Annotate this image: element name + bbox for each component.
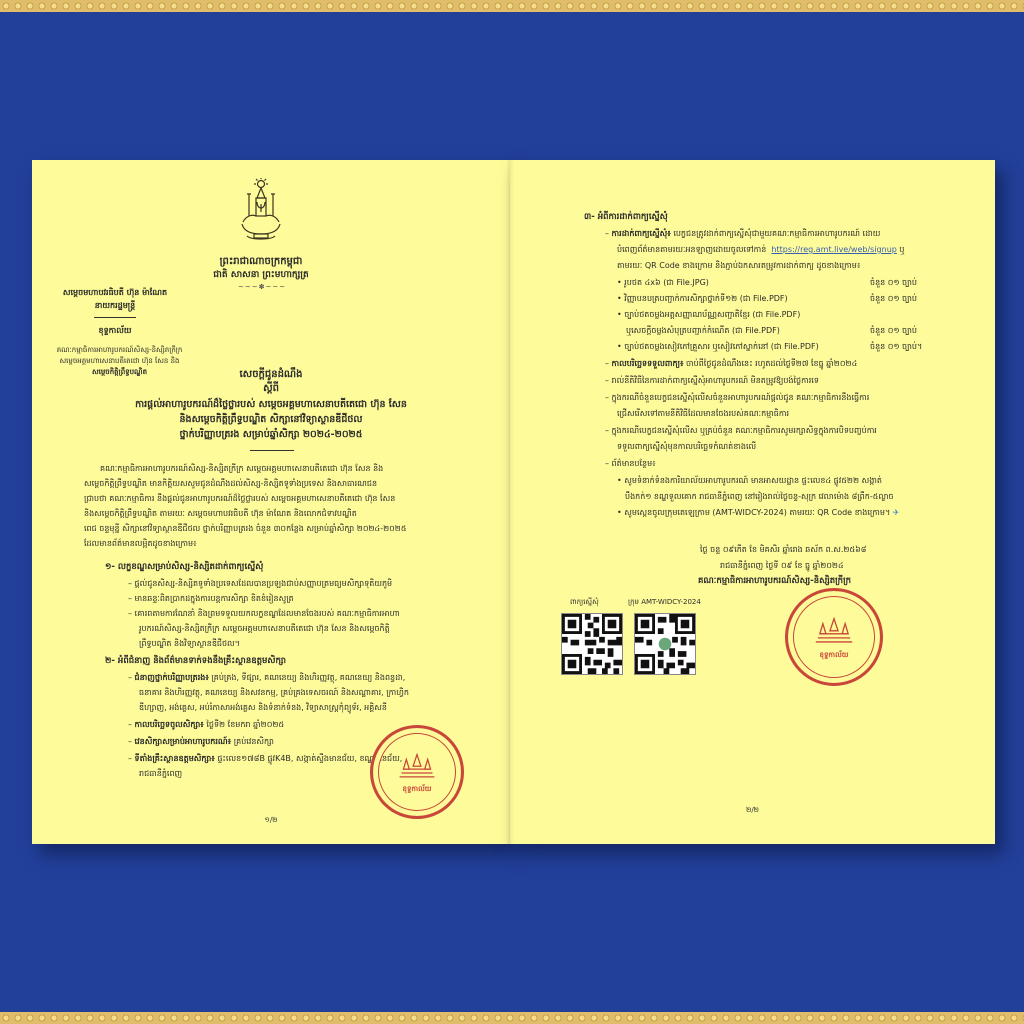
decorative-border-top — [0, 0, 1024, 12]
notice-heading-line-1: ការផ្តល់អាហារូបករណ៍ដ៏ថ្លៃថ្លារបស់ សម្តេច… — [32, 398, 510, 411]
section-1-item: គោរពតាមការណែនាំ និងព្រមទទួលយកលក្ខខណ្ឌដែល… — [135, 609, 400, 618]
decorative-border-bottom — [0, 1012, 1024, 1024]
location-value-cont: រាជធានីភ្នំពេញ — [139, 767, 182, 780]
intro-line: ដែលមានព័ត៌មានលម្អិតដូចខាងក្រោម៖ — [84, 537, 197, 550]
section-1-item: មានឆន្ទៈពិតប្រាកដក្នុងការបន្តការសិក្សា ខ… — [135, 594, 294, 603]
start-date-label: កាលបរិច្ឆេទចូលសិក្សា៖ — [135, 720, 204, 729]
note: ក្នុងករណីបេក្ខជនស្នើសុំលើស ឬគ្រប់ចំនួន គ… — [612, 426, 877, 435]
page-fold — [506, 160, 514, 844]
required-document: វិញ្ញាបនបត្របញ្ជាក់ការសិក្សាថ្នាក់ទី១២ (… — [624, 294, 787, 303]
signup-link[interactable]: https://reg.amt.live/web/signup — [771, 245, 896, 254]
motto-ornament: ~~~✽~~~ — [238, 283, 286, 291]
intro-line: ជ្រាបថា គណៈកម្មាធិការ នឹងផ្តល់ជូនអាហារូប… — [84, 492, 395, 505]
majors-label: ជំនាញថ្នាក់បរិញ្ញាបត្ររង៖ — [135, 673, 209, 682]
royal-emblem-icon — [239, 178, 283, 248]
extra-info-label: ព័ត៌មានបន្ថែម៖ — [612, 459, 656, 468]
required-document-qty: ចំនួន ០១ ច្បាប់។ — [870, 340, 922, 353]
extra-info: សូមទំនាក់ទំនងការិយាល័យអាហារូបករណ៍ មានអាស… — [624, 476, 882, 485]
page-number: ២/២ — [510, 804, 995, 817]
apply-text: បេក្ខជនត្រូវដាក់ពាក្យស្នើសុំជាមួយគណៈកម្ម… — [673, 229, 880, 238]
notice-title: សេចក្តីជូនដំណឹង — [32, 368, 510, 381]
majors-value-cont: ធនាគារ និងហិរញ្ញវត្ថុ, គណនេយ្យ និងសវនកម្… — [139, 686, 409, 699]
qr-label-telegram: ក្រុម AMT-WIDCY-2024 — [628, 596, 701, 609]
extra-info-cont: បឹងកក់១ ខណ្ឌទួលគោក រាជធានីភ្នំពេញ នៅរៀងរ… — [625, 490, 894, 503]
deadline-value: ចាប់ពីថ្ងៃជូនដំណឹងនេះ រហូតដល់ថ្ងៃទី២៧ ខែ… — [686, 359, 857, 368]
required-document: ច្បាប់ថតចម្លងសៀវភៅគ្រួសារ ឬសៀវភៅស្នាក់នៅ… — [624, 342, 818, 351]
national-motto: ជាតិ សាសនា ព្រះមហាក្សត្រ — [200, 269, 322, 282]
section-1-item-cont: ព្រឹទ្ធបណ្ឌិត និងវិទ្យាស្ថានឌីជីថល។ — [139, 637, 240, 650]
required-document: រូបថត ៤x៦ (ជា File.JPG) — [624, 278, 709, 287]
required-document-qty: ចំនួន ០១ ច្បាប់ — [870, 276, 917, 289]
apply-text: តាមរយៈ QR Code ខាងក្រោម និងភ្ជាប់ឯកសារតម… — [617, 259, 860, 272]
page-number: ១/២ — [32, 814, 510, 827]
location-label: ទីតាំងគ្រឹះស្ថានឧត្តមសិក្សា៖ — [135, 754, 215, 763]
kingdom-heading: ព្រះរាជាណាចក្រកម្ពុជា — [200, 255, 322, 268]
sender-office: ខុទ្ទកាល័យ — [40, 324, 190, 337]
qr-label-application: ពាក្យស្នើសុំ — [570, 596, 599, 609]
intro-line: សម្តេចកិត្តិព្រឹទ្ធបណ្ឌិត មានកិត្តិយសសូម… — [84, 477, 377, 490]
coverage-label: វេនសិក្សាសម្រាប់អាហារូបករណ៍៖ — [135, 737, 232, 746]
stamp-text: ខុទ្ទកាល័យ — [373, 785, 461, 795]
apply-text-or: ឬ — [899, 245, 904, 254]
required-document-qty: ចំនួន ០១ ច្បាប់ — [870, 324, 917, 337]
date-solar: រាជធានីភ្នំពេញ ថ្ងៃទី ០៩ ខែ ធ្នូ ឆ្នាំ២០… — [720, 559, 844, 572]
official-stamp: ខុទ្ទកាល័យ — [785, 588, 883, 686]
signature-committee: គណៈកម្មាធិការអាហារូបករណ៍សិស្ស-និស្សិតក្រ… — [698, 575, 851, 588]
required-document-alt: ឬសេចក្តីចម្លងសំបុត្របញ្ជាក់កំណើត (ជា Fil… — [626, 324, 780, 337]
deadline-label: កាលបរិច្ឆេទទទួលពាក្យ៖ — [612, 359, 684, 368]
required-document: ច្បាប់ថតចម្លងអត្តសញ្ញាណប័ណ្ណសញ្ជាតិខ្មែរ… — [624, 310, 800, 319]
angkor-temple-icon — [814, 617, 854, 645]
telegram-icon: ✈ — [893, 508, 900, 517]
majors-value: គ្រប់គ្រង, ទីផ្សារ, គណនេយ្យ និងហិរញ្ញវត្… — [211, 673, 405, 682]
notice-heading-line-3: ថ្នាក់បរិញ្ញាបត្ររង សម្រាប់ឆ្នាំសិក្សា ២… — [32, 428, 510, 441]
sender-title: នាយករដ្ឋមន្ត្រី — [40, 299, 190, 312]
section-1-item: ផ្តល់ជូនសិស្ស-និស្សិតទូទាំងប្រទេសដែលបានប… — [135, 579, 393, 588]
section-1-item-cont: រូបករណ៍សិស្ស-និស្សិតក្រីក្រ សម្តេចអគ្គមហ… — [139, 622, 390, 635]
official-stamp: ខុទ្ទកាល័យ — [370, 725, 464, 819]
sender-name: សម្តេចមហាបវរធិបតី ហ៊ុន ម៉ាណែត — [40, 286, 190, 299]
apply-text: បំពេញព័ត៌មានតាមរយៈអនឡាញដោយចូលទៅកាន់ — [617, 245, 766, 254]
angkor-temple-icon — [398, 753, 437, 779]
notice-heading-line-2: និងសម្តេចកិត្តិព្រឹទ្ធបណ្ឌិត សិក្សានៅវិទ… — [32, 413, 510, 426]
intro-line: ពេជ ចន្ទមុន្នី សិក្សានៅវិទ្យាស្ថានឌីជីថល… — [84, 522, 407, 535]
intro-line: គណៈកម្មាធិការអាហារូបករណ៍សិស្ស-និស្សិតក្រ… — [100, 462, 383, 475]
divider — [250, 450, 294, 451]
start-date-value: ថ្ងៃទី២ ខែមករា ឆ្នាំ២០២៥ — [206, 720, 284, 729]
note-cont: ទទួលពាក្យស្នើសុំមុនកាលបរិច្ឆេទកំណត់ខាងលើ — [617, 440, 756, 453]
divider — [94, 317, 136, 318]
note: រាល់នីតិវិធីនៃការដាក់ពាក្យស្នើសុំអាហារូប… — [612, 376, 819, 385]
section-2-title: ២- អំពីជំនាញ និងព័ត៌មានទាក់ទងនឹងគ្រឹះស្ថ… — [105, 655, 286, 668]
stamp-text: ខុទ្ទកាល័យ — [788, 651, 880, 661]
extra-info: សូមស្កេនចូលក្រុមតេឡេក្រាម (AMT-WIDCY-202… — [624, 508, 890, 517]
note: ក្នុងករណីចំនួនបេក្ខជនស្នើសុំលើសចំនួនអាហា… — [612, 393, 870, 402]
required-document-qty: ចំនួន ០១ ច្បាប់ — [870, 292, 917, 305]
section-3-title: ៣- អំពីការដាក់ពាក្យស្នើសុំ — [584, 211, 668, 224]
intro-line: និងសម្តេចកិត្តិព្រឹទ្ធបណ្ឌិត តាមរយៈ សម្ត… — [84, 507, 357, 520]
date-lunar: ថ្ងៃ ចន្ទ ០៩កើត ខែ មិគសិរ ឆ្នាំរោង ឆស័ក … — [700, 543, 866, 556]
qr-code-telegram-group-icon[interactable] — [634, 613, 696, 675]
coverage-value: គ្រប់វេនសិក្សា — [234, 737, 274, 746]
qr-code-application-icon[interactable] — [561, 613, 623, 675]
notice-about: ស្តីពី — [32, 382, 510, 395]
apply-label: ការដាក់ពាក្យស្នើសុំ៖ — [612, 229, 671, 238]
section-1-title: ១- លក្ខខណ្ឌសម្រាប់សិស្ស-និស្សិតដាក់ពាក្យ… — [105, 561, 263, 574]
note-cont: ជ្រើសរើសទៅតាមនីតិវិធីដែលមានចែងរបស់គណៈកម្… — [617, 407, 789, 420]
majors-value-cont: ឌីហ្សាញ, អង់គ្លេស, អប់រំភាសាអង់គ្លេស និង… — [139, 701, 387, 714]
